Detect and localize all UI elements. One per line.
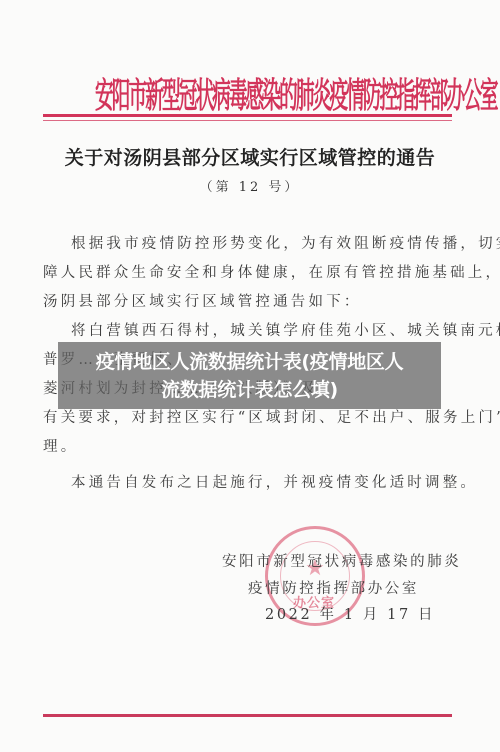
signature-org-line-2: 疫情防控指挥部办公室 [248,577,419,598]
issuer-header: 安阳市新型冠状病毒感染的肺炎疫情防控指挥部办公室 [95,66,405,118]
caption-line-2: 流数据统计表怎么填) [161,376,338,404]
signature-date: 2022 年 1 月 17 日 [265,603,435,624]
document-title: 关于对汤阴县部分区域实行区域管控的通告 [0,143,500,170]
body-line: 将白营镇西石得村，城关镇学府佳苑小区、城关镇南元村、 [71,319,486,340]
document-page: 安阳市新型冠状病毒感染的肺炎疫情防控指挥部办公室 关于对汤阴县部分区域实行区域管… [0,0,500,752]
caption-overlay: 疫情地区人流数据统计表(疫情地区人 流数据统计表怎么填) [58,342,441,409]
signature-org-line-1: 安阳市新型冠状病毒感染的肺炎 [222,550,461,571]
body-line: 障人民群众生命安全和身体健康，在原有管控措施基础上，现将 [43,261,458,282]
header-rule-thick [43,114,452,117]
body-line: 理。 [43,435,458,456]
footer-rule [43,714,452,717]
caption-line-1: 疫情地区人流数据统计表(疫情地区人 [96,348,404,376]
body-line: 本通告自发布之日起施行，并视疫情变化适时调整。 [71,471,486,492]
document-number: （第 12 号） [0,176,500,195]
body-line: 根据我市疫情防控形势变化，为有效阻断疫情传播，切实保 [71,232,486,253]
body-line: 汤阴县部分区域实行区域管控通告如下： [43,290,458,311]
body-line: 有关要求，对封控区实行“区域封闭、足不出户、服务上门”管 [43,406,458,427]
header-rule-thin [43,120,452,121]
